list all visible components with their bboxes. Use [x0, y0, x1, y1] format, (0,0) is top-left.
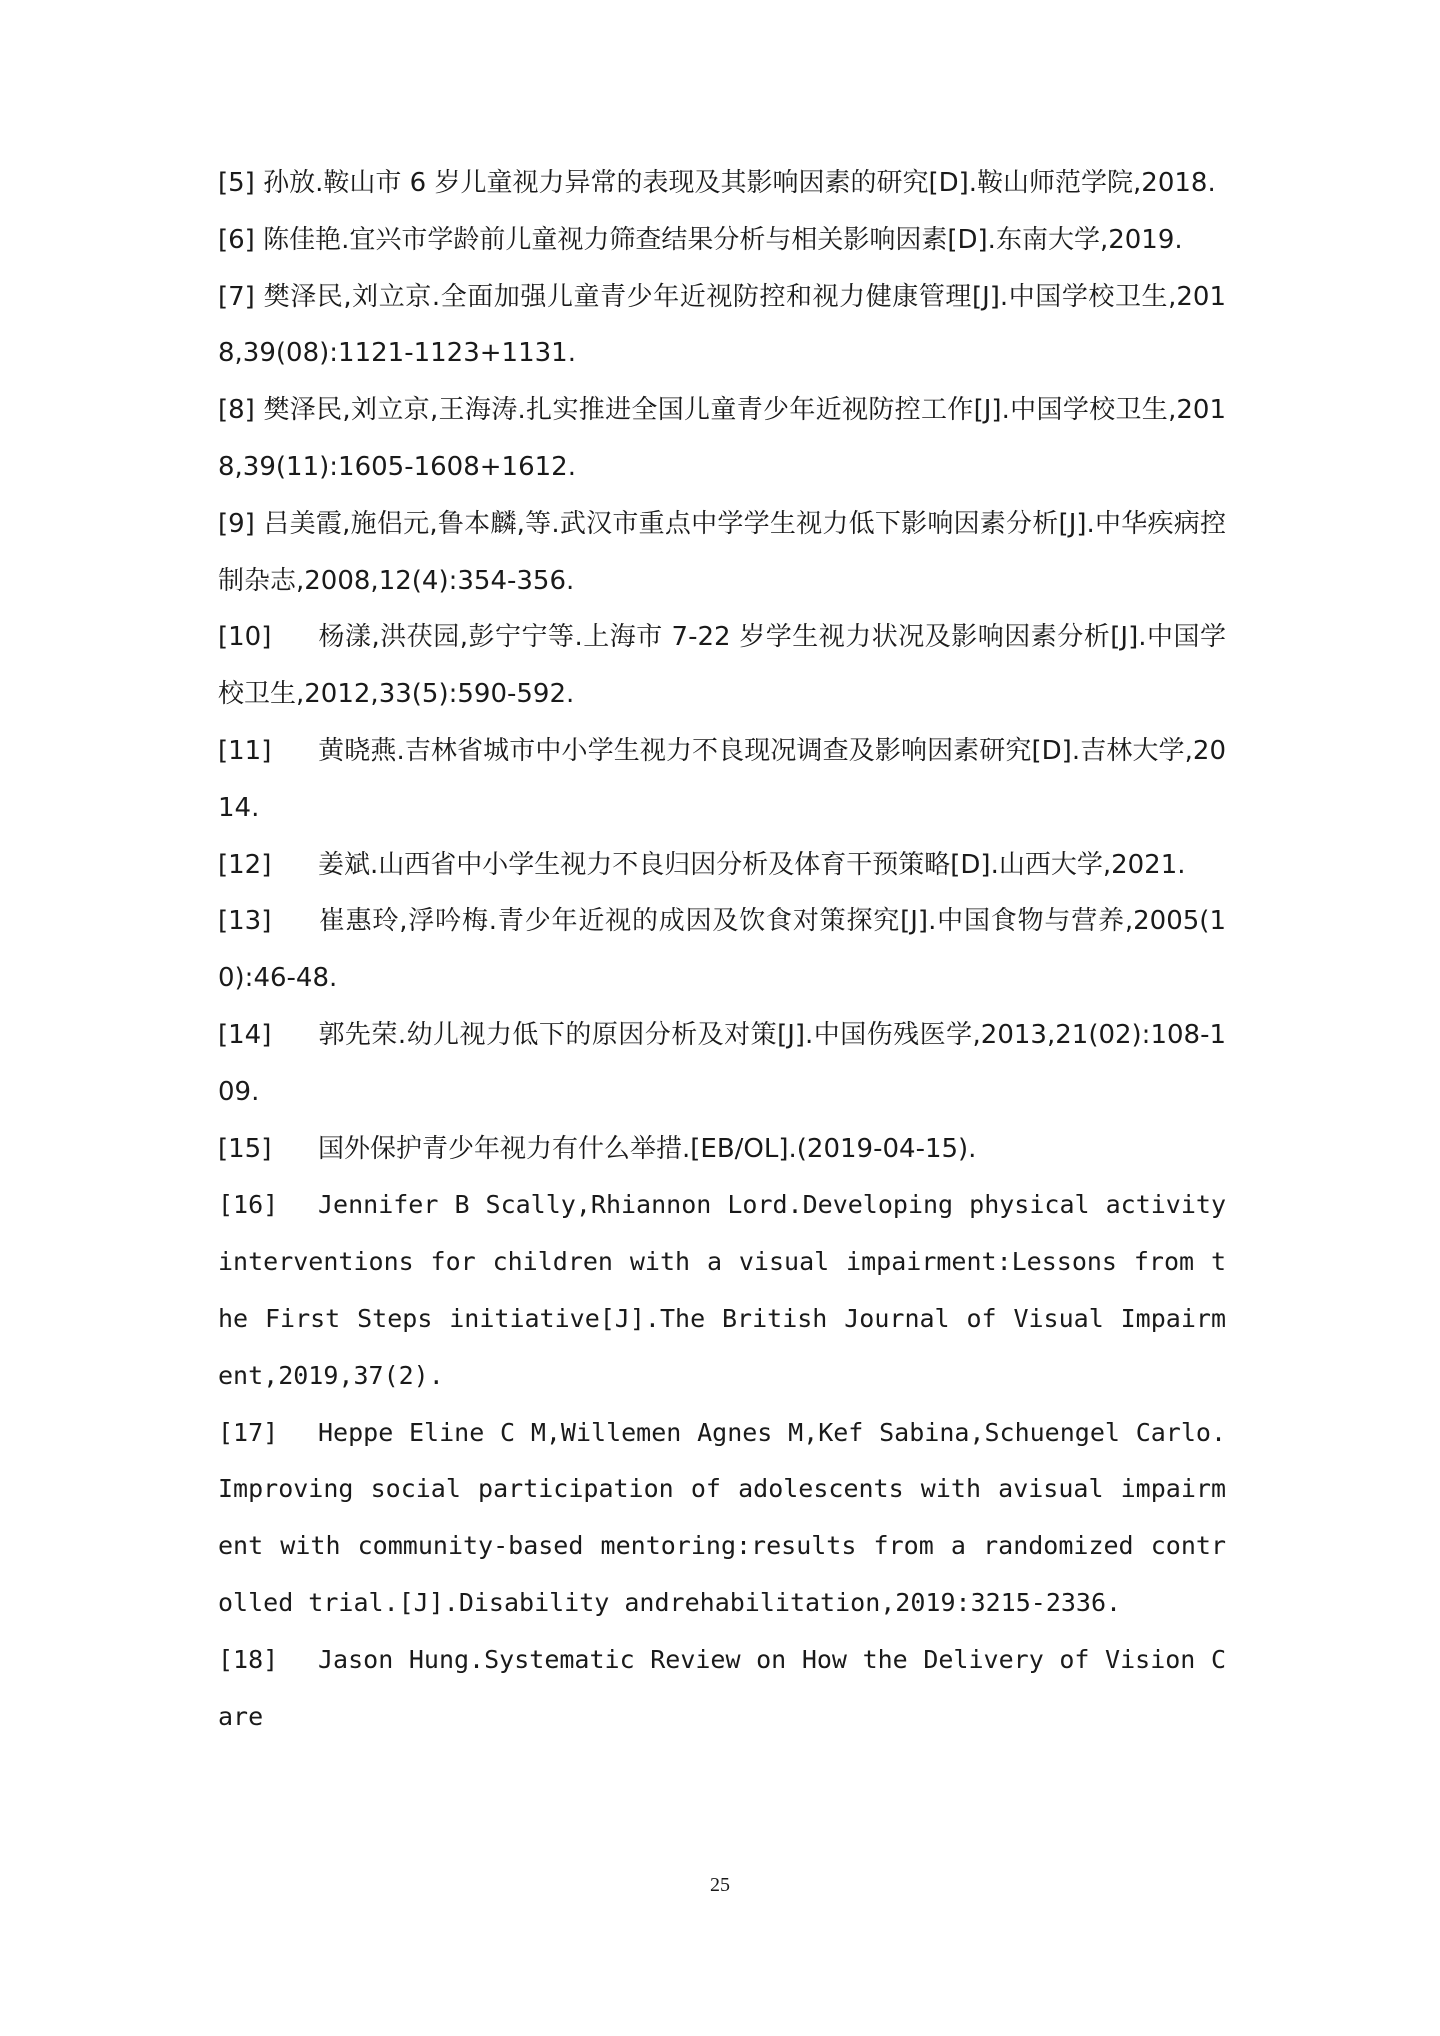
reference-item: [15]国外保护青少年视力有什么举措.[EB/OL].(2019-04-15). [218, 1121, 1226, 1178]
reference-text: 孙放.鞍山市 6 岁儿童视力异常的表现及其影响因素的研究[D].鞍山师范学院,2… [263, 168, 1216, 198]
reference-item: [6] 陈佳艳.宜兴市学龄前儿童视力筛查结果分析与相关影响因素[D].东南大学,… [218, 212, 1226, 269]
reference-item: [14]郭先荣.幼儿视力低下的原因分析及对策[J].中国伤残医学,2013,21… [218, 1007, 1226, 1121]
reference-number: [10] [218, 609, 318, 666]
reference-item: [10]杨漾,洪茯园,彭宁宁等.上海市 7-22 岁学生视力状况及影响因素分析[… [218, 609, 1226, 723]
reference-item: [11]黄晓燕.吉林省城市中小学生视力不良现况调查及影响因素研究[D].吉林大学… [218, 723, 1226, 837]
references-list: [5] 孙放.鞍山市 6 岁儿童视力异常的表现及其影响因素的研究[D].鞍山师范… [218, 155, 1226, 1745]
reference-number: [5] [218, 168, 255, 198]
reference-text: Jennifer B Scally,Rhiannon Lord.Developi… [218, 1190, 1226, 1389]
reference-item: [9] 吕美霞,施侣元,鲁本麟,等.武汉市重点中学学生视力低下影响因素分析[J]… [218, 496, 1226, 610]
reference-number: [15] [218, 1121, 318, 1178]
reference-text: Heppe Eline C M,Willemen Agnes M,Kef Sab… [218, 1418, 1226, 1617]
reference-item: [17]Heppe Eline C M,Willemen Agnes M,Kef… [218, 1405, 1226, 1632]
reference-text: 崔惠玲,浮吟梅.青少年近视的成因及饮食对策探究[J].中国食物与营养,2005(… [218, 906, 1226, 993]
reference-item: [7] 樊泽民,刘立京.全面加强儿童青少年近视防控和视力健康管理[J].中国学校… [218, 269, 1226, 383]
reference-text: 姜斌.山西省中小学生视力不良归因分析及体育干预策略[D].山西大学,2021. [318, 850, 1186, 880]
reference-text: 杨漾,洪茯园,彭宁宁等.上海市 7-22 岁学生视力状况及影响因素分析[J].中… [218, 622, 1226, 709]
reference-number: [8] [218, 395, 255, 425]
reference-item: [8] 樊泽民,刘立京,王海涛.扎实推进全国儿童青少年近视防控工作[J].中国学… [218, 382, 1226, 496]
reference-number: [13] [218, 893, 318, 950]
reference-text: 黄晓燕.吉林省城市中小学生视力不良现况调查及影响因素研究[D].吉林大学,201… [218, 736, 1226, 823]
reference-number: [12] [218, 837, 318, 894]
reference-number: [6] [218, 225, 255, 255]
reference-item: [12]姜斌.山西省中小学生视力不良归因分析及体育干预策略[D].山西大学,20… [218, 837, 1226, 894]
reference-item: [5] 孙放.鞍山市 6 岁儿童视力异常的表现及其影响因素的研究[D].鞍山师范… [218, 155, 1226, 212]
reference-text: Jason Hung.Systematic Review on How the … [218, 1645, 1226, 1731]
reference-text: 郭先荣.幼儿视力低下的原因分析及对策[J].中国伤残医学,2013,21(02)… [218, 1020, 1226, 1107]
reference-item: [16]Jennifer B Scally,Rhiannon Lord.Deve… [218, 1177, 1226, 1404]
reference-text: 吕美霞,施侣元,鲁本麟,等.武汉市重点中学学生视力低下影响因素分析[J].中华疾… [218, 509, 1226, 596]
reference-item: [13]崔惠玲,浮吟梅.青少年近视的成因及饮食对策探究[J].中国食物与营养,2… [218, 893, 1226, 1007]
reference-item: [18]Jason Hung.Systematic Review on How … [218, 1632, 1226, 1746]
reference-number: [7] [218, 282, 255, 312]
reference-number: [17] [218, 1405, 318, 1462]
reference-text: 樊泽民,刘立京,王海涛.扎实推进全国儿童青少年近视防控工作[J].中国学校卫生,… [218, 395, 1226, 482]
reference-text: 樊泽民,刘立京.全面加强儿童青少年近视防控和视力健康管理[J].中国学校卫生,2… [218, 282, 1226, 369]
reference-number: [16] [218, 1177, 318, 1234]
reference-number: [11] [218, 723, 318, 780]
reference-text: 陈佳艳.宜兴市学龄前儿童视力筛查结果分析与相关影响因素[D].东南大学,2019… [263, 225, 1183, 255]
reference-text: 国外保护青少年视力有什么举措.[EB/OL].(2019-04-15). [318, 1134, 976, 1164]
reference-number: [18] [218, 1632, 318, 1689]
reference-number: [9] [218, 509, 255, 539]
reference-number: [14] [218, 1007, 318, 1064]
page-number: 25 [0, 1874, 1440, 1897]
